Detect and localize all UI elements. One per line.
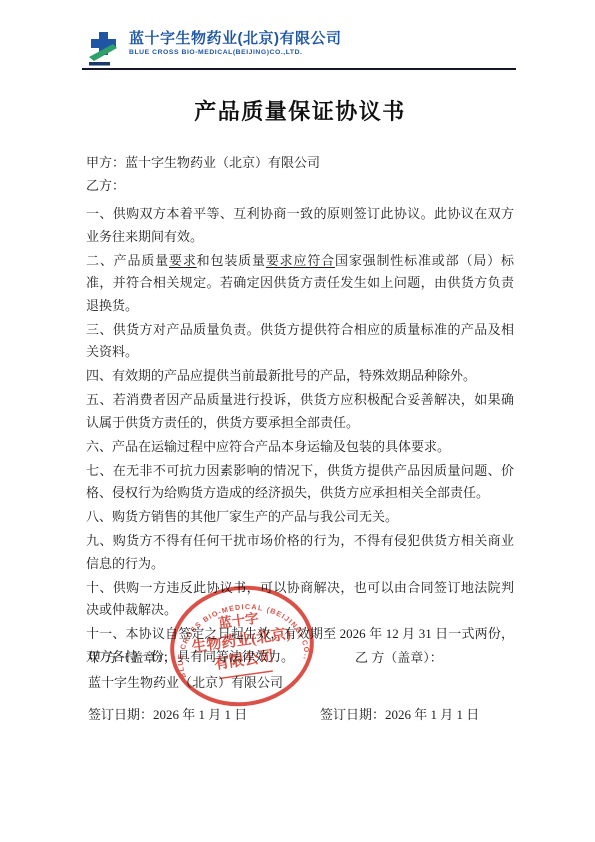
header-rule	[82, 68, 516, 70]
clause-1: 一、供购双方本着平等、互利协商一致的原则签订此协议。此协议在双方业务往来期间有效…	[86, 203, 514, 248]
stamp-divider-line	[219, 671, 272, 679]
clause-2-mid: 和包装质量	[197, 253, 266, 268]
party-a-line: 甲方：蓝十字生物药业（北京）有限公司	[86, 151, 514, 174]
party-b-sign-date: 签订日期：2026 年 1 月 1 日	[320, 704, 479, 723]
party-a-seal-label: 甲 方（盖章）：	[88, 647, 176, 666]
parties-section: 甲方：蓝十字生物药业（北京）有限公司 乙方：	[86, 151, 514, 197]
clause-5: 五、若消费者因产品质量进行投诉，供货方应积极配合妥善解决，如果确认属于供货方责任…	[86, 389, 514, 434]
company-logo: 蓝十字生物药业(北京)有限公司 BLUE CROSS BIO-MEDICAL(B…	[86, 30, 514, 67]
company-name-zh: 蓝十字生物药业(北京)有限公司	[129, 30, 342, 48]
clause-2-pre: 二、产品质量	[86, 253, 169, 268]
clause-3: 三、供货方对产品质量负责。供货方提供符合相应的质量标准的产品及相关资料。	[86, 319, 514, 364]
clause-6: 六、产品在运输过程中应符合产品本身运输及包装的具体要求。	[86, 436, 514, 459]
company-name-en: BLUE CROSS BIO-MEDICAL(BEIJING)CO.,LTD.	[129, 48, 342, 57]
clause-9: 九、购货方不得有任何干扰市场价格的行为，不得有侵犯供货方相关商业信息的行为。	[86, 530, 514, 575]
company-stamp-seal: BLUE CROSS BIO-MEDICAL (BEIJING) CO.,LTD…	[159, 573, 325, 719]
clause-2: 二、产品质量要求和包装质量要求应符合国家强制性标准或部（局）标准，并符合相关规定…	[86, 250, 514, 318]
clause-2-underlined-2: 要求应符合	[266, 253, 335, 268]
blue-cross-logo-icon	[86, 31, 122, 73]
party-b-line: 乙方：	[86, 174, 514, 197]
clause-7: 七、在无非不可抗力因素影响的情况下，供货方提供产品因质量问题、价格、侵权行为给购…	[86, 460, 514, 505]
party-b-seal-label: 乙 方（盖章）：	[355, 647, 443, 666]
clause-2-underlined-1: 要求	[169, 253, 197, 268]
document-page: 蓝十字生物药业(北京)有限公司 BLUE CROSS BIO-MEDICAL(B…	[0, 0, 595, 842]
stamp-line-2: 生物药业(北京)	[190, 624, 292, 656]
clause-4: 四、有效期的产品应提供当前最新批号的产品，特殊效期品种除外。	[86, 365, 514, 388]
clause-8: 八、购货方销售的其他厂家生产的产品与我公司无关。	[86, 506, 514, 529]
logo-text: 蓝十字生物药业(北京)有限公司 BLUE CROSS BIO-MEDICAL(B…	[129, 30, 342, 57]
document-title: 产品质量保证协议书	[86, 95, 514, 126]
